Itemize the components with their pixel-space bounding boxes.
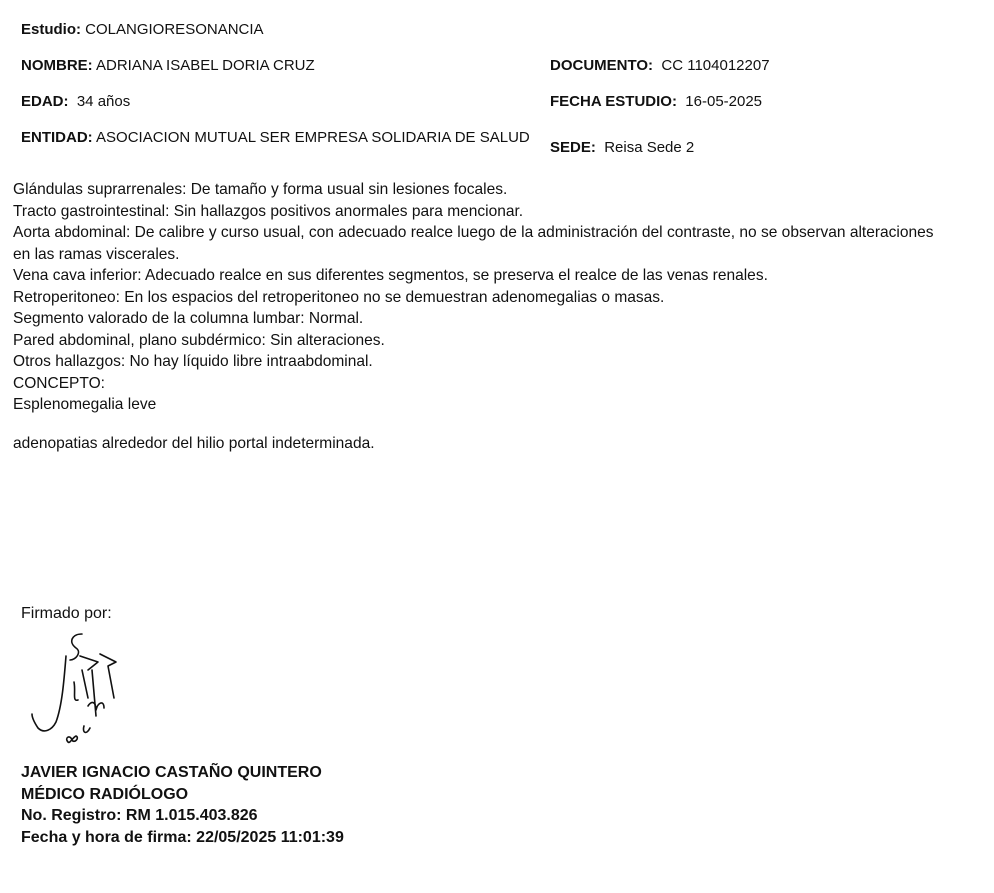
concepto-line: Esplenomegalia leve	[13, 394, 949, 416]
finding-line: Aorta abdominal: De calibre y curso usua…	[13, 222, 949, 265]
nombre-field: NOMBRE: ADRIANA ISABEL DORIA CRUZ	[21, 57, 315, 75]
estudio-label: Estudio:	[21, 21, 81, 38]
finding-line: Otros hallazgos: No hay líquido libre in…	[13, 351, 949, 373]
finding-line: Glándulas suprarrenales: De tamaño y for…	[13, 179, 949, 201]
documento-label: DOCUMENTO:	[550, 57, 653, 74]
edad-field: EDAD: 34 años	[21, 93, 130, 111]
fecha-estudio-field: FECHA ESTUDIO: 16-05-2025	[550, 93, 762, 111]
finding-line: Retroperitoneo: En los espacios del retr…	[13, 287, 949, 309]
nombre-label: NOMBRE:	[21, 57, 93, 74]
estudio-value: COLANGIORESONANCIA	[85, 21, 263, 38]
finding-line: Pared abdominal, plano subdérmico: Sin a…	[13, 330, 949, 352]
signer-registro: No. Registro: RM 1.015.403.826	[21, 805, 344, 827]
edad-label: EDAD:	[21, 93, 69, 110]
fecha-estudio-value: 16-05-2025	[685, 93, 762, 110]
signer-title: MÉDICO RADIÓLOGO	[21, 784, 344, 806]
estudio-field: Estudio: COLANGIORESONANCIA	[21, 21, 264, 39]
signature-image	[20, 626, 155, 754]
concepto-heading: CONCEPTO:	[13, 373, 949, 395]
sede-label: SEDE:	[550, 139, 596, 156]
report-findings: Glándulas suprarrenales: De tamaño y for…	[13, 179, 949, 454]
concepto-line: adenopatias alrededor del hilio portal i…	[13, 433, 949, 455]
sede-value: Reisa Sede 2	[604, 139, 694, 156]
finding-line: Vena cava inferior: Adecuado realce en s…	[13, 265, 949, 287]
nombre-value: ADRIANA ISABEL DORIA CRUZ	[96, 57, 315, 74]
documento-field: DOCUMENTO: CC 1104012207	[550, 57, 770, 75]
sede-field: SEDE: Reisa Sede 2	[550, 139, 694, 157]
entidad-value: ASOCIACION MUTUAL SER EMPRESA SOLIDARIA …	[96, 129, 530, 146]
signed-by-label: Firmado por:	[21, 605, 112, 623]
entidad-field: ENTIDAD: ASOCIACION MUTUAL SER EMPRESA S…	[21, 129, 531, 147]
finding-line: Segmento valorado de la columna lumbar: …	[13, 308, 949, 330]
fecha-estudio-label: FECHA ESTUDIO:	[550, 93, 677, 110]
spacer	[13, 416, 949, 433]
finding-line: Tracto gastrointestinal: Sin hallazgos p…	[13, 201, 949, 223]
signer-name: JAVIER IGNACIO CASTAÑO QUINTERO	[21, 762, 344, 784]
entidad-label: ENTIDAD:	[21, 129, 93, 146]
documento-value: CC 1104012207	[661, 57, 769, 74]
edad-value: 34 años	[77, 93, 130, 110]
signature-datetime: Fecha y hora de firma: 22/05/2025 11:01:…	[21, 827, 344, 849]
signer-block: JAVIER IGNACIO CASTAÑO QUINTERO MÉDICO R…	[21, 762, 344, 848]
